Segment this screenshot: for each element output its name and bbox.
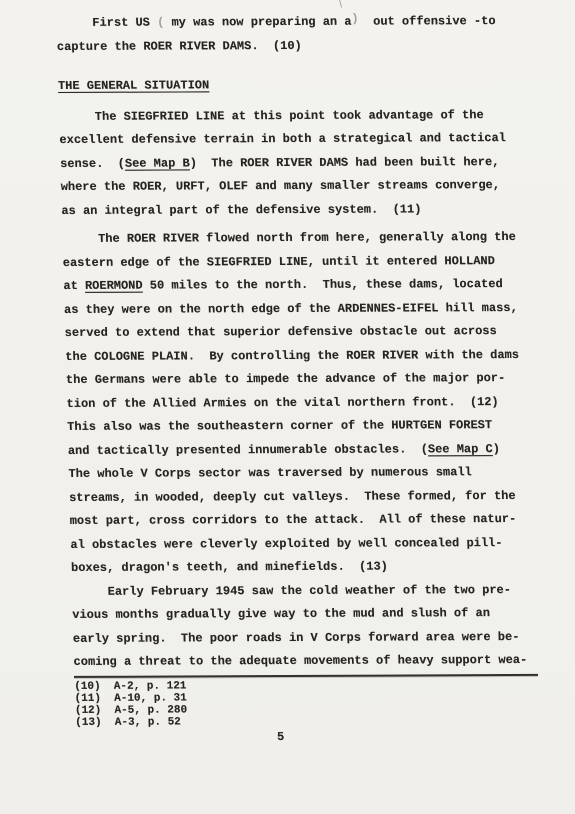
text-line: The SIEGFRIED LINE at this point took ad… (59, 103, 540, 129)
footnote-reference: A-2, p. 121 (100, 680, 186, 692)
footnote-reference: A-10, p. 31 (101, 692, 187, 704)
text-line: most part, cross corridors to the attack… (69, 508, 550, 534)
text-line: This also was the southeastern corner of… (67, 414, 548, 440)
text-line: THE GENERAL SITUATION (58, 73, 539, 99)
roer-river-paragraph: The ROER RIVER flowed north from here, g… (62, 226, 552, 581)
text-segment: as an integral part of the defensive sys… (61, 202, 421, 218)
text-segment: at (63, 279, 85, 293)
footnote-list: (10) A-2, p. 121(11) A-10, p. 31(12) A-5… (74, 678, 555, 728)
section-heading: THE GENERAL SITUATION (58, 73, 539, 99)
text-segment: boxes, dragon's teeth, and minefields. (… (71, 560, 388, 575)
text-segment: the Germans were able to impede the adva… (66, 371, 506, 387)
page-number: 5 (75, 729, 485, 745)
text-segment: The ROER RIVER flowed north from here, g… (62, 230, 516, 246)
text-line: coming a threat to the adequate movement… (73, 649, 554, 675)
footnote-number: (11) (74, 692, 101, 704)
text-segment: This also was the southeastern corner of… (67, 418, 492, 434)
text-line: and tactically presented innumerable obs… (68, 437, 549, 463)
text-line: served to extend that superior defensive… (64, 320, 545, 346)
text-line: streams, in wooded, deeply cut valleys. … (69, 484, 550, 510)
text-segment: The whole V Corps sector was traversed b… (68, 465, 472, 481)
footnote-reference: A-5, p. 280 (101, 704, 187, 716)
text-line: al obstacles were cleverly exploited by … (70, 531, 551, 557)
text-segment: 50 miles to the north. Thus, these dams,… (142, 277, 502, 293)
text-segment: excellent defensive terrain in both a st… (59, 131, 506, 147)
text-segment: tion of the Allied Armies on the vital n… (66, 395, 498, 411)
text-segment: ) The ROER RIVER DAMS had been built her… (190, 155, 500, 170)
text-segment: First US (56, 16, 157, 30)
underlined-text: THE GENERAL SITUATION (58, 78, 210, 93)
opening-paragraph: First US ( my was now preparing an a) ou… (56, 10, 537, 59)
text-line: as they were on the north edge of the AR… (64, 296, 545, 322)
footnote-number: (10) (74, 680, 101, 692)
text-segment: early spring. The poor roads in V Corps … (73, 629, 520, 645)
text-line: tion of the Allied Armies on the vital n… (66, 390, 547, 416)
text-line: The ROER RIVER flowed north from here, g… (62, 226, 543, 252)
text-segment: most part, cross corridors to the attack… (70, 512, 517, 528)
footnote-number: (13) (75, 716, 102, 728)
text-line: excellent defensive terrain in both a st… (59, 127, 540, 153)
text-segment: where the ROER, URFT, OLEF and many smal… (61, 178, 501, 194)
text-line: as an integral part of the defensive sys… (61, 197, 542, 223)
text-segment: eastern edge of the SIEGFRIED LINE, unti… (63, 254, 495, 270)
document-body: First US ( my was now preparing an a) ou… (56, 10, 554, 675)
text-line: First US ( my was now preparing an a) ou… (56, 10, 537, 36)
footnote: (13) A-3, p. 52 (75, 714, 555, 728)
february-1945-paragraph: Early February 1945 saw the cold weather… (71, 578, 554, 674)
siegfried-line-paragraph: The SIEGFRIED LINE at this point took ad… (59, 103, 542, 223)
text-segment: served to extend that superior defensive… (64, 324, 496, 340)
text-segment: The SIEGFRIED LINE at this point took ad… (59, 108, 484, 124)
text-line: the COLOGNE PLAIN. By controlling the RO… (65, 343, 546, 369)
text-line: Early February 1945 saw the cold weather… (71, 578, 552, 604)
underlined-text: See Map B (125, 156, 190, 170)
underlined-text: See Map C (428, 442, 493, 456)
text-segment: and tactically presented innumerable obs… (68, 442, 428, 458)
text-line: early spring. The poor roads in V Corps … (73, 625, 554, 651)
text-line: boxes, dragon's teeth, and minefields. (… (71, 555, 552, 581)
text-segment: sense. ( (60, 156, 125, 170)
text-line: eastern edge of the SIEGFRIED LINE, unti… (62, 249, 543, 275)
text-line: sense. (See Map B) The ROER RIVER DAMS h… (60, 150, 541, 176)
text-segment: the COLOGNE PLAIN. By controlling the RO… (65, 347, 519, 363)
text-segment: streams, in wooded, deeply cut valleys. … (69, 488, 516, 504)
text-segment: capture the ROER RIVER DAMS. (10) (57, 38, 302, 53)
text-segment: al obstacles were cleverly exploited by … (70, 536, 502, 552)
faded-print-mark: ) (351, 12, 359, 26)
text-line: capture the ROER RIVER DAMS. (10) (57, 33, 538, 59)
footnote-number: (12) (75, 704, 102, 716)
text-segment: coming a threat to the adequate movement… (73, 653, 527, 669)
text-line: at ROERMOND 50 miles to the north. Thus,… (63, 273, 544, 299)
text-segment: ) (493, 442, 501, 456)
text-line: the Germans were able to impede the adva… (66, 367, 547, 393)
page-content: First US ( my was now preparing an a) ou… (56, 10, 556, 745)
document-page: \ First US ( my was now preparing an a) … (0, 0, 575, 814)
underlined-text: ROERMOND (85, 279, 143, 293)
text-segment: Early February 1945 saw the cold weather… (71, 583, 511, 599)
text-line: The whole V Corps sector was traversed b… (68, 461, 549, 487)
text-line: where the ROER, URFT, OLEF and many smal… (60, 174, 541, 200)
text-segment: out offensive -to (359, 14, 496, 29)
footnote-reference: A-3, p. 52 (101, 716, 181, 728)
text-segment: as they were on the north edge of the AR… (64, 300, 518, 316)
text-line: vious months gradually give way to the m… (72, 602, 553, 628)
text-segment: vious months gradually give way to the m… (72, 606, 490, 622)
text-segment: my was now preparing an a (164, 15, 352, 30)
